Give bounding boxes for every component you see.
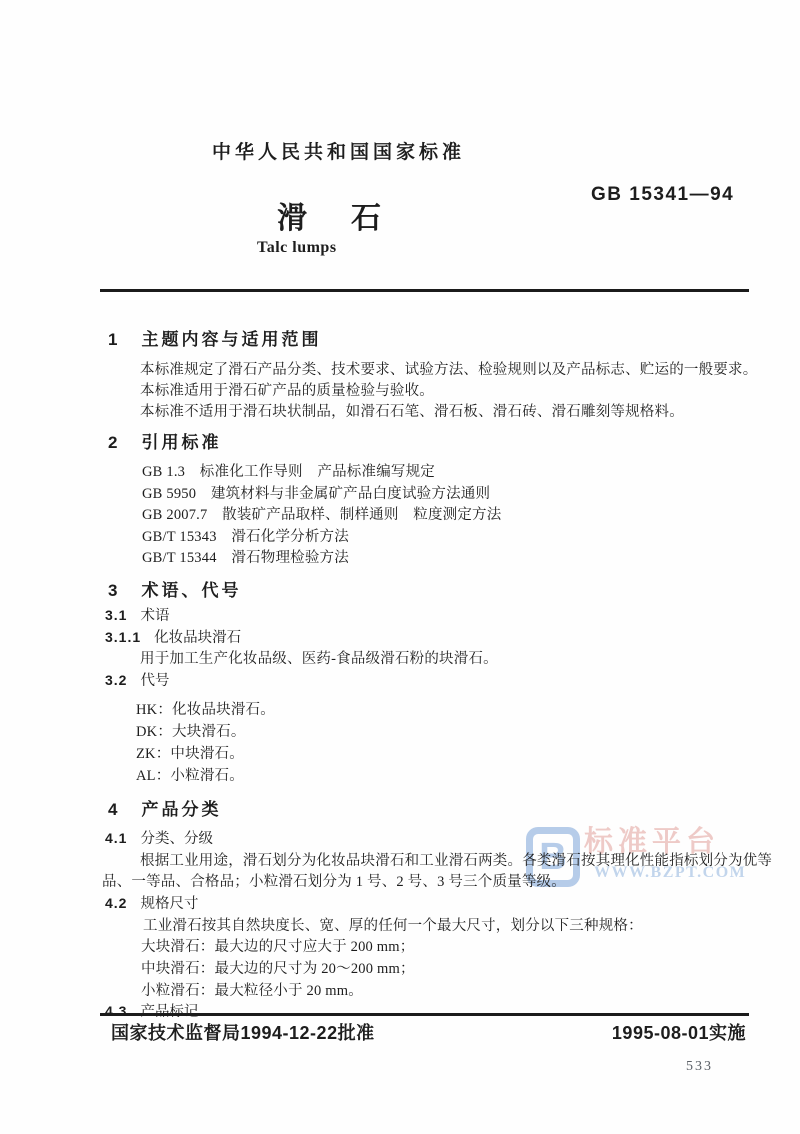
standard-class-title: 中华人民共和国国家标准 xyxy=(212,137,465,164)
code-item: DK：大块滑石。 xyxy=(136,720,246,741)
header-rule xyxy=(100,289,749,292)
subsection-4-2-heading: 4.2规格尺寸 xyxy=(105,892,198,913)
subsection-4-3-number: 4.3 xyxy=(105,1003,127,1019)
subsection-3-1-1-number: 3.1.1 xyxy=(105,629,141,645)
section-4-heading: 4产品分类 xyxy=(108,795,221,820)
reference-item: GB 2007.7 散装矿产品取样、制样通则 粒度测定方法 xyxy=(142,503,501,524)
subsection-4-3-title: 产品标记 xyxy=(140,1004,198,1020)
size-spec-item: 中块滑石：最大边的尺寸为 20～200 mm； xyxy=(141,957,415,978)
section-1-heading: 1主题内容与适用范围 xyxy=(108,325,321,350)
section-4-title: 产品分类 xyxy=(141,800,221,819)
code-item: ZK：中块滑石。 xyxy=(136,742,244,763)
implementation-date: 1995-08-01实施 xyxy=(612,1019,746,1045)
subsection-3-2-heading: 3.2代号 xyxy=(105,669,169,690)
section-1-para-3: 本标准不适用于滑石块状制品，如滑石石笔、滑石板、滑石砖、滑石雕刻等规格料。 xyxy=(140,400,684,421)
title-char-right: 石 xyxy=(351,193,381,237)
subsection-4-3-heading: 4.3产品标记 xyxy=(105,1000,198,1021)
standard-number: GB 15341—94 xyxy=(591,184,734,206)
document-title-cn: 滑 石 xyxy=(277,193,381,237)
subsection-3-1-1-heading: 3.1.1化妆品块滑石 xyxy=(105,626,241,647)
section-1-number: 1 xyxy=(108,330,117,349)
subsection-3-2-title: 代号 xyxy=(140,673,169,689)
code-item: AL：小粒滑石。 xyxy=(136,764,244,785)
section-1-para-1: 本标准规定了滑石产品分类、技术要求、试验方法、检验规则以及产品标志、贮运的一般要… xyxy=(140,358,757,379)
subsection-3-1-1-title: 化妆品块滑石 xyxy=(154,630,241,646)
subsection-4-1-heading: 4.1分类、分级 xyxy=(105,827,213,848)
subsection-4-2-title: 规格尺寸 xyxy=(140,896,198,912)
subsection-4-2-number: 4.2 xyxy=(105,895,127,911)
size-spec-item: 小粒滑石：最大粒径小于 20 mm。 xyxy=(141,979,363,1000)
subsection-3-1-heading: 3.1术语 xyxy=(105,604,169,625)
section-2-title: 引用标准 xyxy=(141,433,221,452)
subsection-4-1-body-line-2: 品、一等品、合格品；小粒滑石划分为 1 号、2 号、3 号三个质量等级。 xyxy=(102,870,566,891)
page-number: 533 xyxy=(686,1059,713,1075)
title-char-left: 滑 xyxy=(277,193,307,237)
section-2-number: 2 xyxy=(108,433,117,452)
section-1-title: 主题内容与适用范围 xyxy=(141,330,321,349)
subsection-4-1-number: 4.1 xyxy=(105,830,127,846)
section-4-number: 4 xyxy=(108,800,117,819)
section-3-heading: 3术语、代号 xyxy=(108,576,241,601)
subsection-4-2-intro: 工业滑石按其自然块度长、宽、厚的任何一个最大尺寸，划分以下三种规格： xyxy=(143,914,643,935)
reference-item: GB/T 15344 滑石物理检验方法 xyxy=(142,546,349,567)
subsection-3-1-1-body: 用于加工生产化妆品级、医药-食品级滑石粉的块滑石。 xyxy=(140,647,498,668)
subsection-3-2-number: 3.2 xyxy=(105,672,127,688)
subsection-4-1-body-line-1: 根据工业用途，滑石划分为化妆品块滑石和工业滑石两类。各类滑石按其理化性能指标划分… xyxy=(140,849,772,870)
reference-item: GB 1.3 标准化工作导则 产品标准编写规定 xyxy=(142,460,435,481)
document-page: B 标准平台 WWW.BZPT.COM 中华人民共和国国家标准 GB 15341… xyxy=(0,0,800,1134)
subsection-4-1-title: 分类、分级 xyxy=(140,831,213,847)
document-title-en: Talc lumps xyxy=(257,239,337,257)
section-1-para-2: 本标准适用于滑石矿产品的质量检验与验收。 xyxy=(140,379,434,400)
section-3-number: 3 xyxy=(108,581,117,600)
approval-statement: 国家技术监督局1994-12-22批准 xyxy=(111,1019,375,1045)
section-3-title: 术语、代号 xyxy=(141,581,241,600)
subsection-3-1-title: 术语 xyxy=(140,608,169,624)
code-item: HK：化妆品块滑石。 xyxy=(136,698,275,719)
subsection-3-1-number: 3.1 xyxy=(105,607,127,623)
footer-rule xyxy=(100,1013,749,1016)
size-spec-item: 大块滑石：最大边的尺寸应大于 200 mm； xyxy=(141,935,414,956)
section-2-heading: 2引用标准 xyxy=(108,428,221,453)
reference-item: GB 5950 建筑材料与非金属矿产品白度试验方法通则 xyxy=(142,482,490,503)
reference-item: GB/T 15343 滑石化学分析方法 xyxy=(142,525,349,546)
